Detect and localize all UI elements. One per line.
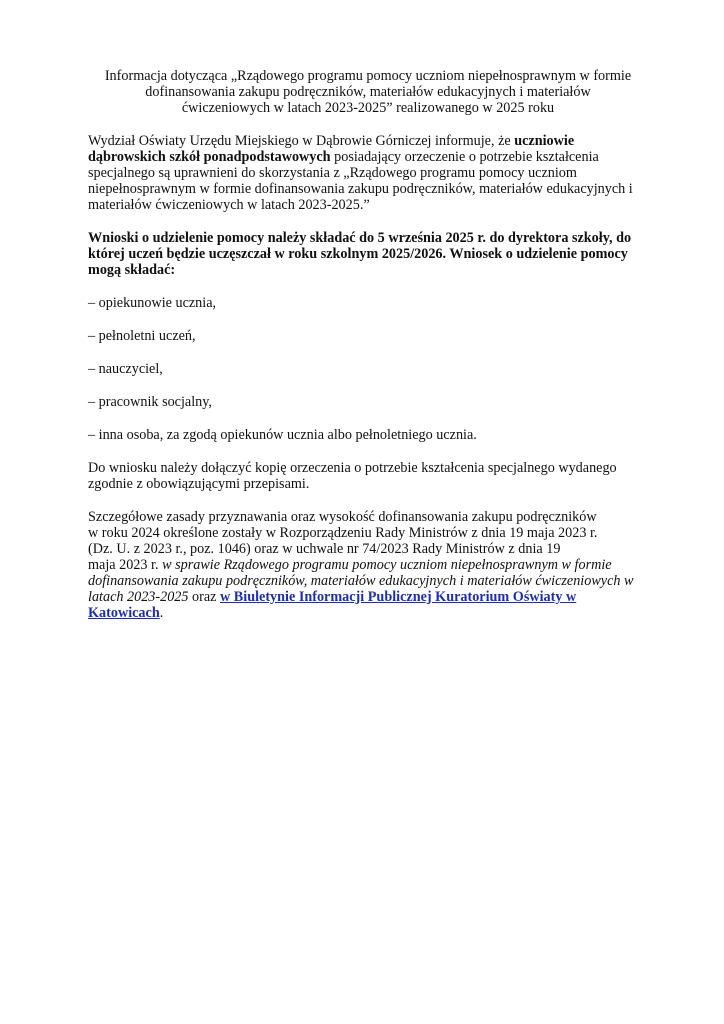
- deadline-paragraph: Wnioski o udzielenie pomocy należy skład…: [88, 230, 648, 278]
- intro-paragraph: Wydział Oświaty Urzędu Miejskiego w Dąbr…: [88, 133, 648, 213]
- title-line-2: dofinansowania zakupu podręczników, mate…: [88, 84, 648, 100]
- list-item: – pełnoletni uczeń,: [88, 328, 648, 344]
- list-item: – nauczyciel,: [88, 361, 648, 377]
- details-line-2: w roku 2024 określone zostały w Rozporzą…: [88, 525, 597, 541]
- attachment-paragraph: Do wniosku należy dołączyć kopię orzecze…: [88, 460, 648, 492]
- title-line-3: ćwiczeniowych w latach 2023-2025” realiz…: [88, 100, 648, 116]
- details-paragraph: Szczegółowe zasady przyznawania oraz wys…: [88, 509, 648, 621]
- list-item: – pracownik socjalny,: [88, 394, 648, 410]
- title-line-1: Informacja dotycząca „Rządowego programu…: [88, 68, 648, 84]
- details-date: maja 2023 r.: [88, 557, 162, 573]
- list-item: – opiekunowie ucznia,: [88, 295, 648, 311]
- details-line-1: Szczegółowe zasady przyznawania oraz wys…: [88, 509, 597, 525]
- document-page: Informacja dotycząca „Rządowego programu…: [88, 68, 648, 638]
- details-line-3: (Dz. U. z 2023 r., poz. 1046) oraz w uch…: [88, 541, 560, 557]
- intro-text-before: Wydział Oświaty Urzędu Miejskiego w Dąbr…: [88, 133, 514, 149]
- details-end: .: [160, 605, 164, 621]
- details-connector: oraz: [188, 589, 220, 605]
- document-title: Informacja dotycząca „Rządowego programu…: [88, 68, 648, 116]
- applicants-list: – opiekunowie ucznia, – pełnoletni uczeń…: [88, 295, 648, 443]
- list-item: – inna osoba, za zgodą opiekunów ucznia …: [88, 427, 648, 443]
